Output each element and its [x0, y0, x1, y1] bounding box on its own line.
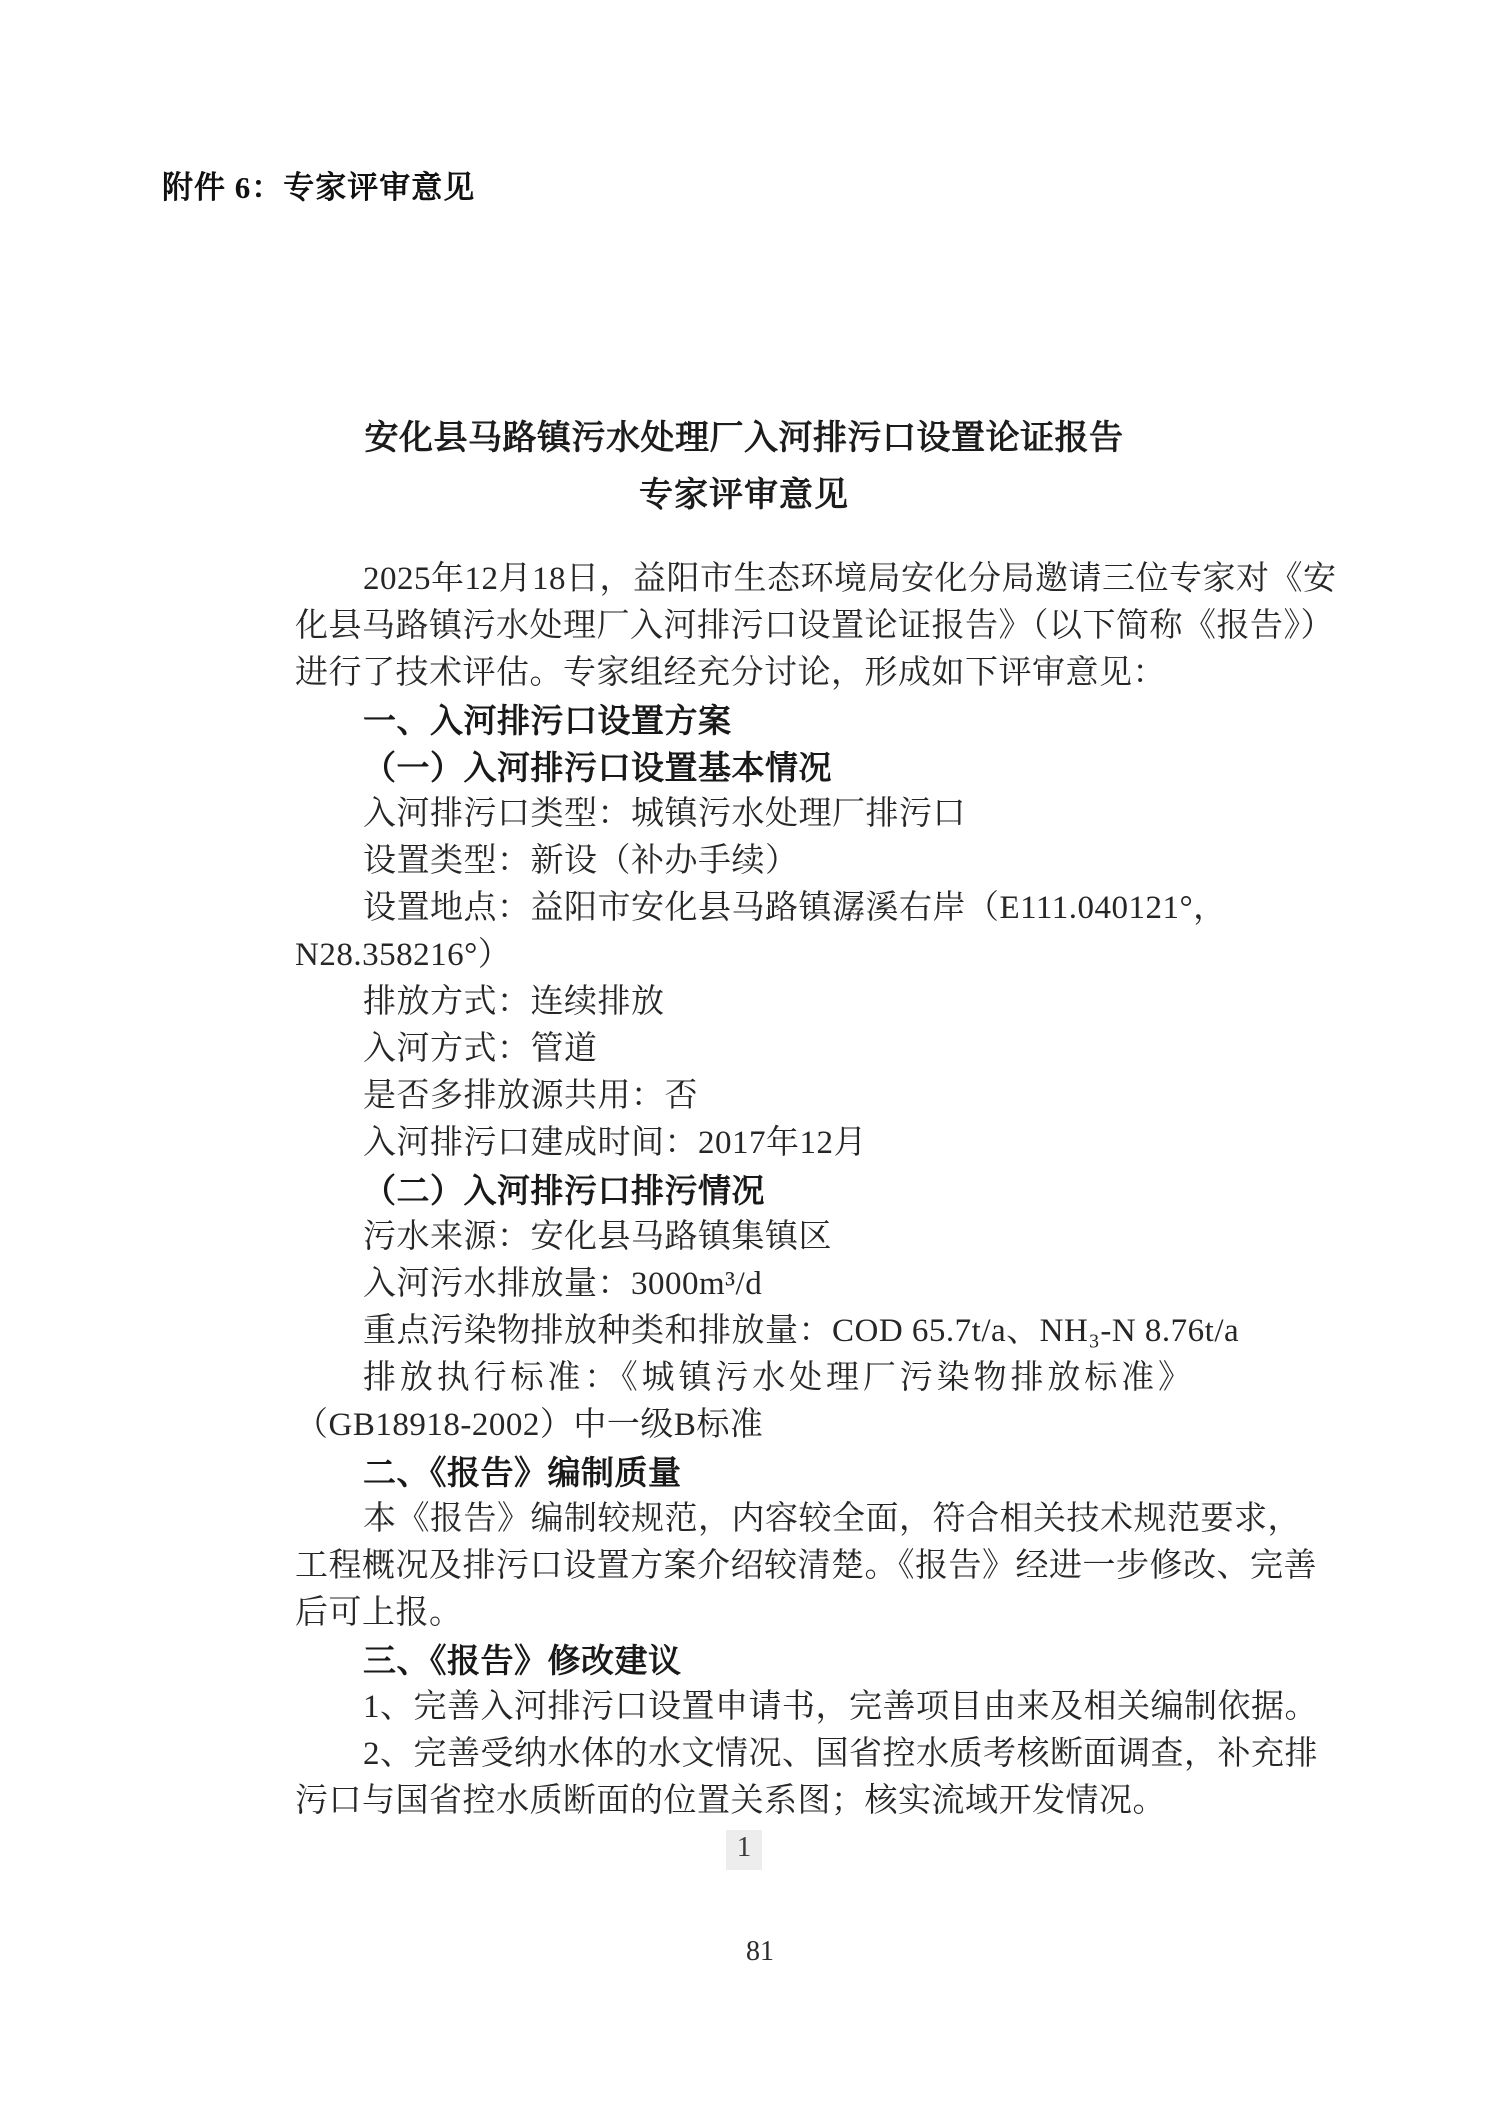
- document-line: 排放方式：连续排放: [295, 979, 1193, 1026]
- document-line: 是否多排放源共用：否: [295, 1073, 1193, 1120]
- pdf-page: 附件 6：专家评审意见 安化县马路镇污水处理厂入河排污口设置论证报告 专家评审意…: [0, 0, 1488, 2104]
- outer-page-number: 81: [0, 1936, 1488, 1968]
- document-line: 二、《报告》编制质量: [295, 1449, 1193, 1496]
- document-line: 入河污水排放量：3000m³/d: [295, 1261, 1193, 1308]
- document-line: 进行了技术评估。专家组经充分讨论，形成如下评审意见：: [295, 650, 1193, 697]
- document-line: 入河排污口建成时间：2017年12月: [295, 1120, 1193, 1167]
- document-line: （一）入河排污口设置基本情况: [295, 744, 1193, 791]
- document-line: 化县马路镇污水处理厂入河排污口设置论证报告》（以下简称《报告》）: [295, 603, 1193, 650]
- document-line: 排放执行标准：《城镇污水处理厂污染物排放标准》: [295, 1355, 1193, 1402]
- document-lines: 2025年12月18日，益阳市生态环境局安化分局邀请三位专家对《安化县马路镇污水…: [295, 556, 1193, 1825]
- document-line: 工程概况及排污口设置方案介绍较清楚。《报告》经进一步修改、完善: [295, 1543, 1193, 1590]
- document-line: 后可上报。: [295, 1590, 1193, 1637]
- document-line: 一、入河排污口设置方案: [295, 697, 1193, 744]
- document-line: 设置地点：益阳市安化县马路镇潺溪右岸（E111.040121°，: [295, 885, 1193, 932]
- document-line: 三、《报告》修改建议: [295, 1637, 1193, 1684]
- document-line: 污口与国省控水质断面的位置关系图；核实流域开发情况。: [295, 1778, 1193, 1825]
- attachment-header: 附件 6：专家评审意见: [162, 162, 475, 207]
- report-title-line2: 专家评审意见: [295, 473, 1193, 517]
- inner-page-number-value: 1: [726, 1830, 763, 1870]
- document-line: 2025年12月18日，益阳市生态环境局安化分局邀请三位专家对《安: [295, 556, 1193, 603]
- document-line: （二）入河排污口排污情况: [295, 1167, 1193, 1214]
- document-line: 设置类型：新设（补办手续）: [295, 838, 1193, 885]
- document-line: 2、完善受纳水体的水文情况、国省控水质考核断面调查，补充排: [295, 1731, 1193, 1778]
- document-line: N28.358216°）: [295, 932, 1193, 979]
- inner-page-number: 1: [295, 1830, 1193, 1870]
- document-line: 入河排污口类型：城镇污水处理厂排污口: [295, 791, 1193, 838]
- document-line: 重点污染物排放种类和排放量：COD 65.7t/a、NH₃-N 8.76t/a: [295, 1308, 1193, 1355]
- report-title-block: 安化县马路镇污水处理厂入河排污口设置论证报告 专家评审意见: [295, 416, 1193, 517]
- report-title-line1: 安化县马路镇污水处理厂入河排污口设置论证报告: [295, 416, 1193, 460]
- document-line: 入河方式：管道: [295, 1026, 1193, 1073]
- document-line: 本《报告》编制较规范，内容较全面，符合相关技术规范要求，: [295, 1496, 1193, 1543]
- document-line: （GB18918-2002）中一级B标准: [295, 1402, 1193, 1449]
- document-line: 1、完善入河排污口设置申请书，完善项目由来及相关编制依据。: [295, 1684, 1193, 1731]
- document-line: 污水来源：安化县马路镇集镇区: [295, 1214, 1193, 1261]
